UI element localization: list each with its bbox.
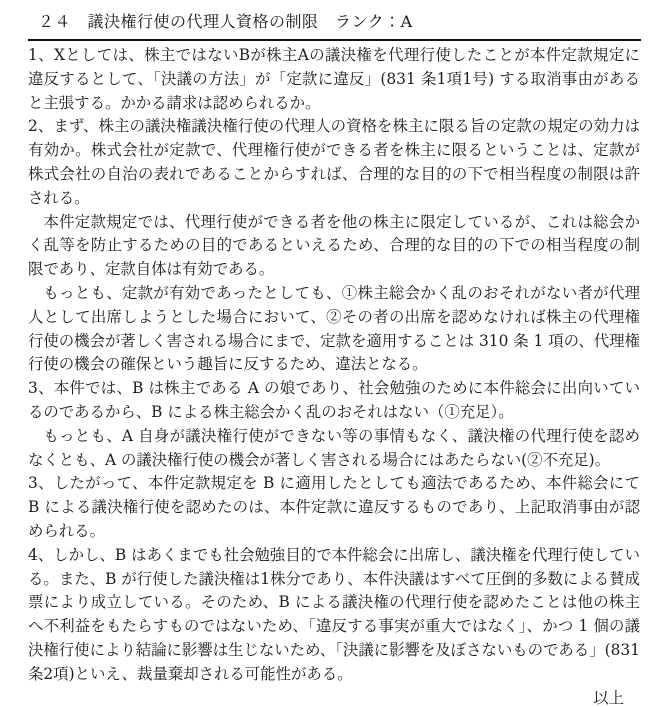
document-page: ２４ 議決権行使の代理人資格の制限 ランク：A 1、Xとしては、株主ではないBが… <box>0 0 663 707</box>
closing-text: 以上 <box>28 687 640 707</box>
document-body: 1、Xとしては、株主ではないBが株主Aの議決権を代理行使したことが本件定款規定に… <box>28 44 640 707</box>
paragraph: 本件定款規定では、代理行使ができる者を他の株主に限定しているが、これは総会かく乱… <box>28 211 640 282</box>
paragraph: もっとも、A 自身が議決権行使ができない等の事情もなく、議決権の代理行使を認めな… <box>28 425 640 473</box>
paragraph-list: 1、Xとしては、株主ではないBが株主Aの議決権を代理行使したことが本件定款規定に… <box>28 44 640 687</box>
paragraph: 3、本件では、B は株主である A の娘であり、社会勉強のために本件総会に出向い… <box>28 377 640 425</box>
paragraph: もっとも、定款が有効であったとしても、①株主総会かく乱のおそれがない者が代理人と… <box>28 282 640 377</box>
paragraph: 2、まず、株主の議決権議決権行使の代理人の資格を株主に限る旨の定款の規定の効力は… <box>28 115 640 210</box>
paragraph: 3、したがって、本件定款規定を B に適用したとしても適法であるため、本件総会に… <box>28 472 640 543</box>
title-divider <box>28 39 641 41</box>
paragraph: 4、しかし、B はあくまでも社会勉強目的で本件総会に出席し、議決権を代理行使して… <box>28 544 640 687</box>
paragraph: 1、Xとしては、株主ではないBが株主Aの議決権を代理行使したことが本件定款規定に… <box>28 44 640 115</box>
page-title: ２４ 議決権行使の代理人資格の制限 ランク：A <box>38 9 413 32</box>
